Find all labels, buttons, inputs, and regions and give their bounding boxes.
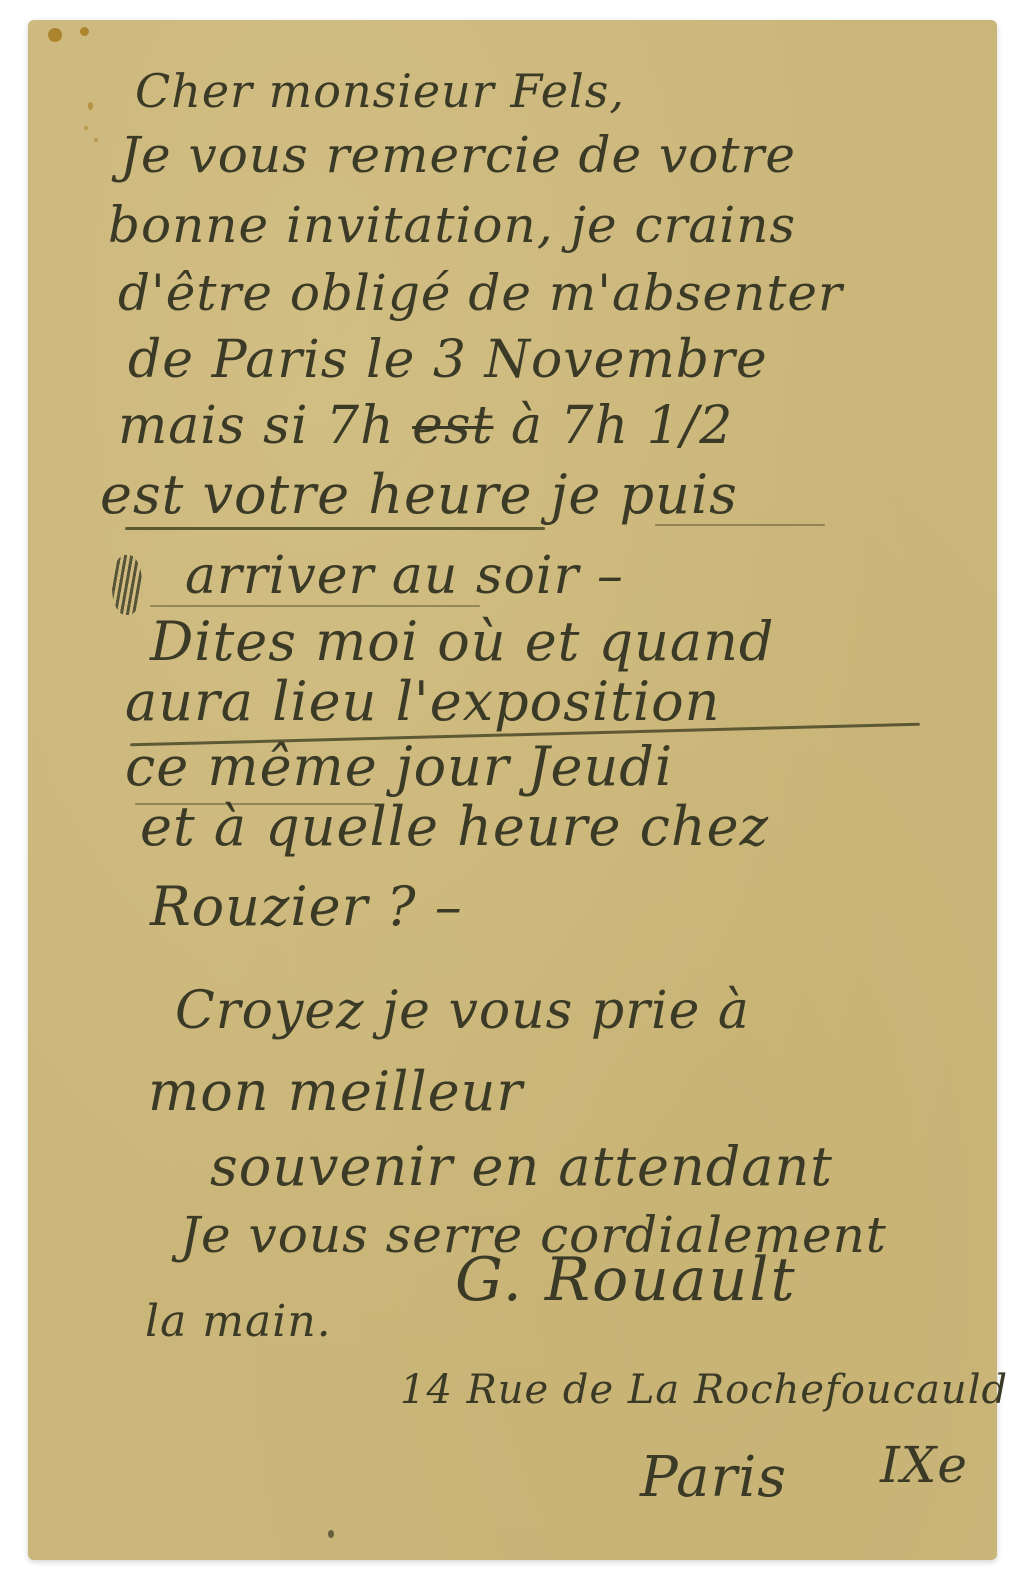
- ink-stain: [80, 27, 89, 36]
- underline: [655, 524, 825, 526]
- underline: [125, 527, 545, 530]
- underline: [150, 605, 480, 607]
- ink-stain: [94, 138, 98, 142]
- letter-line: est votre heure je puis: [100, 468, 738, 522]
- closing-line: Croyez je vous prie à: [175, 985, 750, 1037]
- struck-word: est: [412, 396, 493, 456]
- salutation: Cher monsieur Fels,: [135, 68, 625, 114]
- address-street: 14 Rue de La Rochefoucauld: [400, 1370, 1008, 1410]
- address-city: Paris: [640, 1450, 787, 1506]
- letter-line: et à quelle heure chez: [140, 800, 769, 854]
- letter-line: bonne invitation, je crains: [108, 200, 796, 250]
- ink-stain: [84, 126, 88, 130]
- letter-line: aura lieu l'exposition: [125, 675, 720, 729]
- letter-line: Dites moi où et quand: [150, 615, 774, 669]
- closing-final: la main.: [145, 1300, 332, 1344]
- letter-line: ce même jour Jeudi: [125, 740, 673, 794]
- address-arrondissement: IXe: [880, 1440, 968, 1490]
- ink-stain: [88, 102, 93, 110]
- letter-line: d'être obligé de m'absenter: [118, 268, 843, 318]
- ink-stain: [328, 1530, 334, 1538]
- time-text: à 7h 1/2: [511, 396, 733, 456]
- letter-line: Rouzier ? –: [150, 880, 463, 934]
- letter-line: Je vous remercie de votre: [120, 130, 796, 180]
- letter-line: de Paris le 3 Novembre: [128, 334, 768, 386]
- ink-stain: [48, 28, 62, 42]
- closing-line: souvenir en attendant: [210, 1140, 833, 1194]
- letter-line: arriver au soir –: [185, 550, 624, 602]
- crossed-out-scribble: [112, 555, 142, 615]
- time-text: mais si 7h: [118, 396, 395, 456]
- signature: G. Rouault: [455, 1250, 797, 1310]
- letter-line-time: mais si 7h est à 7h 1/2: [118, 400, 733, 452]
- closing-line: mon meilleur: [148, 1065, 523, 1119]
